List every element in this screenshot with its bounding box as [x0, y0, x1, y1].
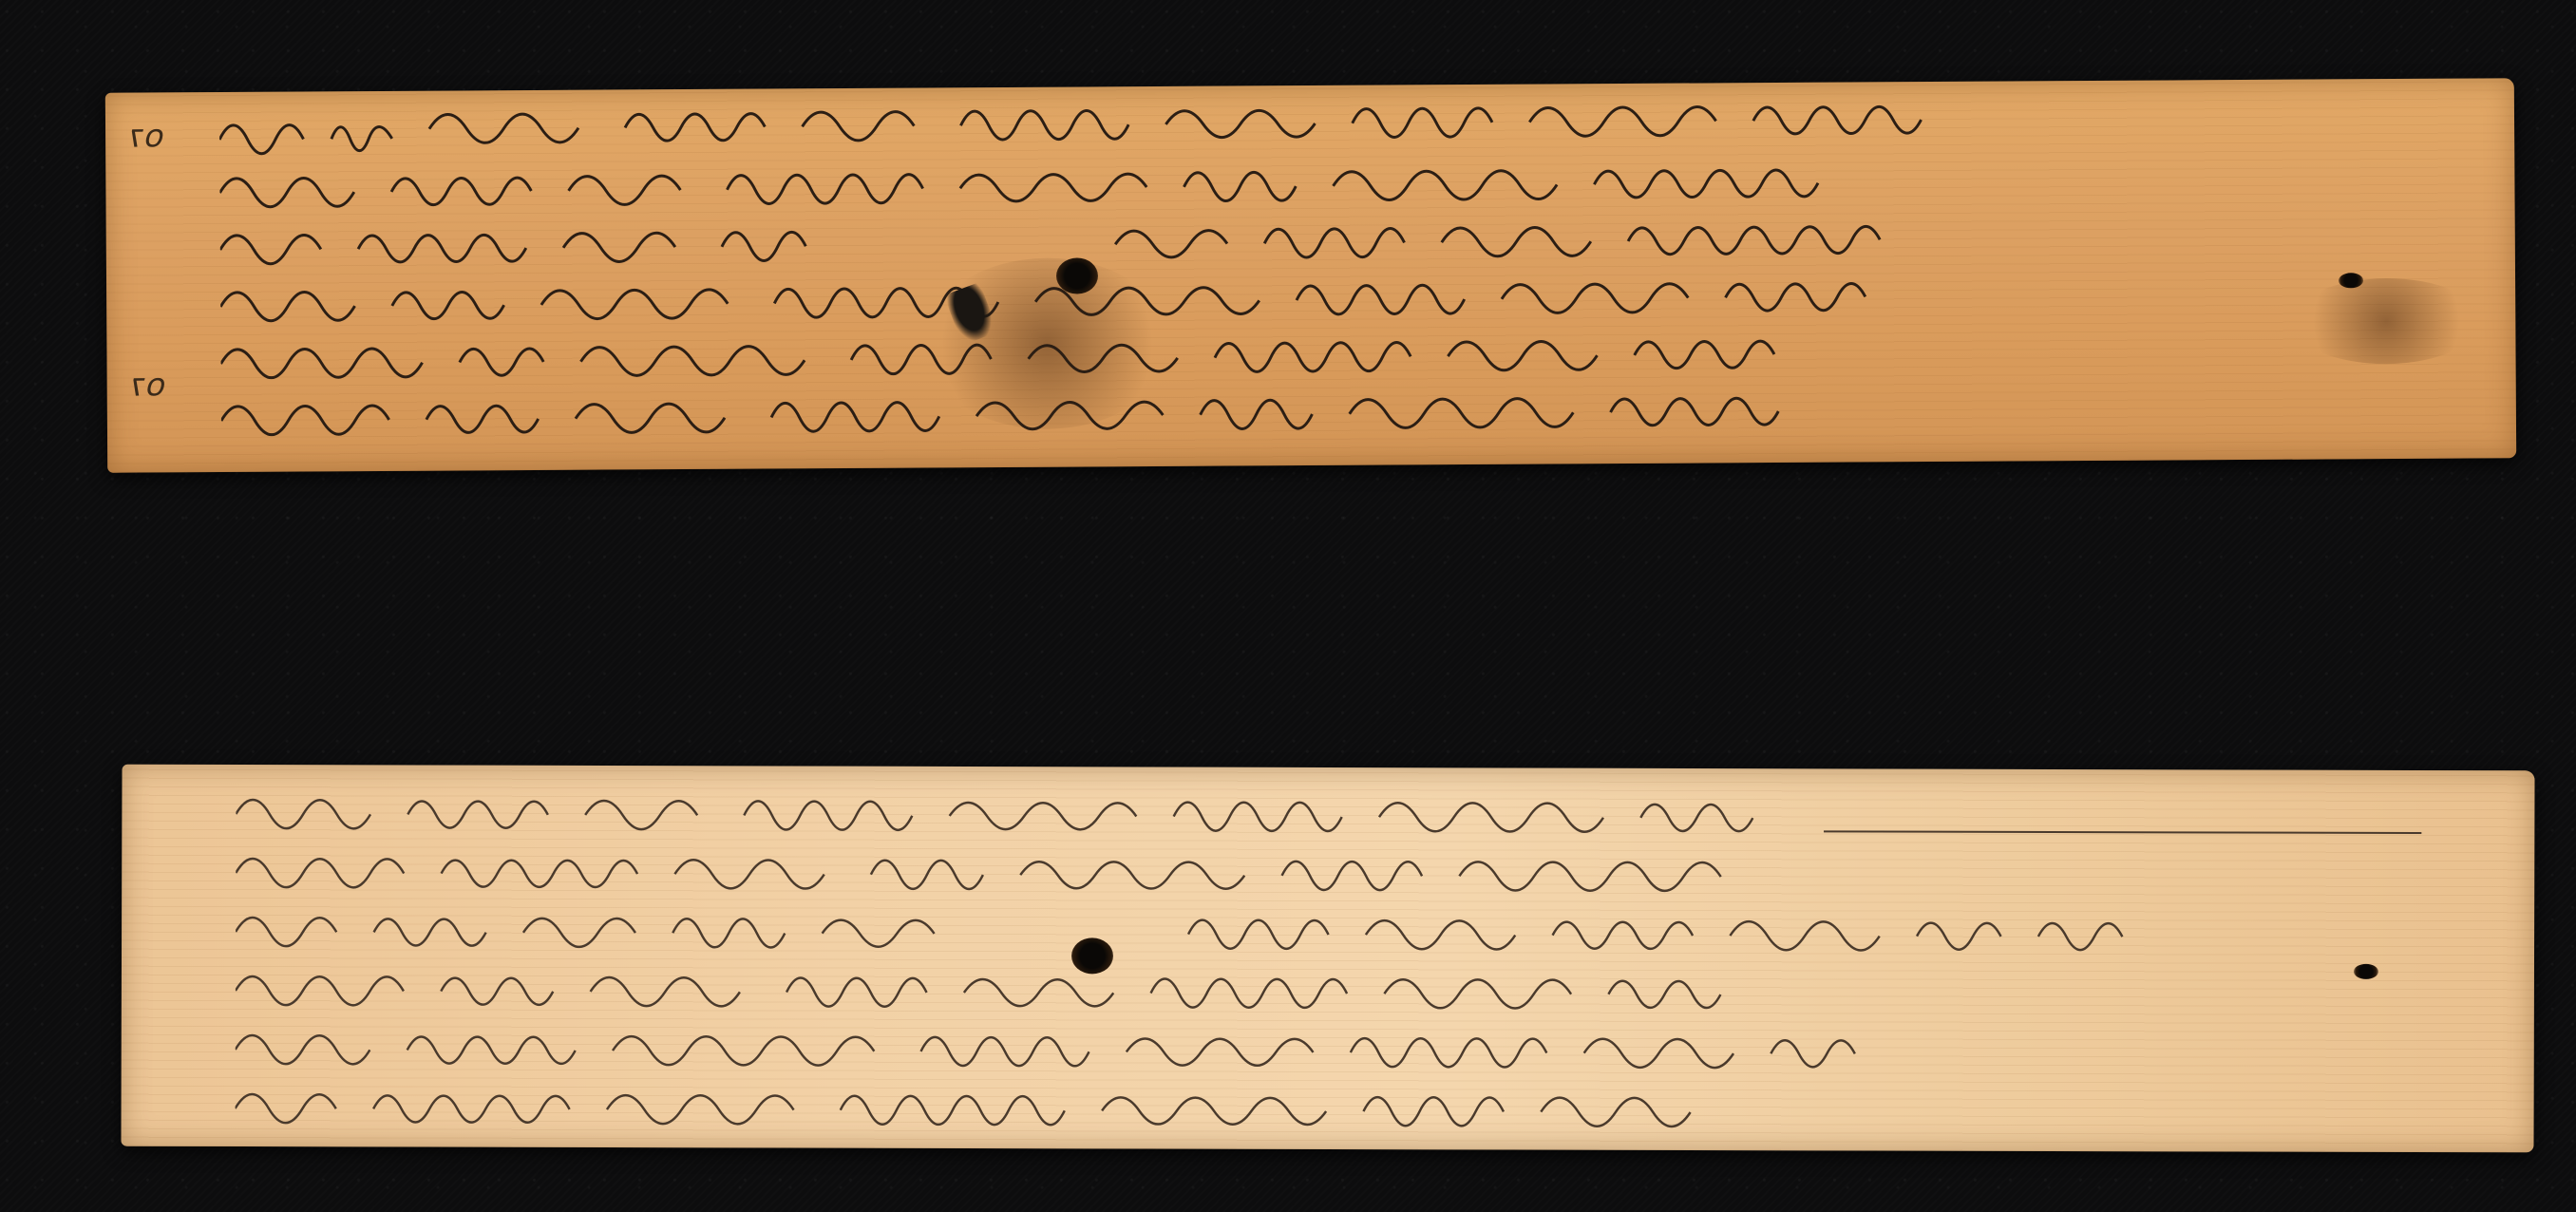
palm-leaf-top: ꧏ꧐ ꧏ꧐ — [105, 78, 2516, 472]
script-line — [236, 837, 2477, 898]
script-line — [236, 896, 2477, 956]
script-line — [236, 955, 2477, 1015]
binding-hole — [1056, 257, 1098, 294]
manuscript-scene: ꧏ꧐ ꧏ꧐ — [0, 0, 2576, 1212]
script-line — [236, 1013, 2477, 1074]
binding-hole — [2339, 273, 2363, 288]
leaf-number-mark: ꧏ꧐ — [126, 111, 164, 177]
script-line — [236, 1072, 2477, 1133]
palm-leaf-bottom — [121, 765, 2534, 1153]
script-line — [221, 371, 2459, 440]
binding-hole — [1071, 937, 1113, 974]
leaf-number-mark: ꧏ꧐ — [128, 360, 166, 426]
script-line — [236, 778, 2477, 839]
binding-hole — [2354, 964, 2378, 979]
